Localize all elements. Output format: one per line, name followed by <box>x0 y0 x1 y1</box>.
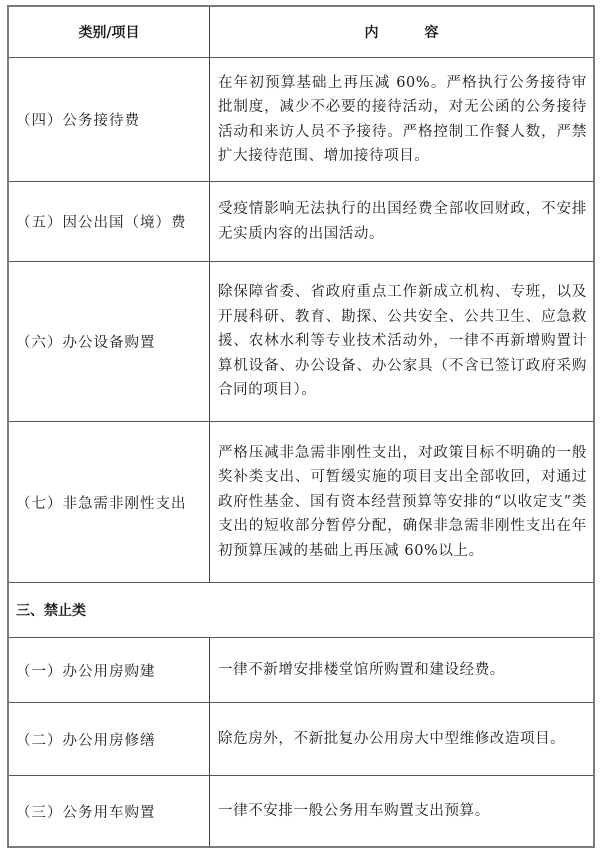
row-content: 严格压减非急需非刚性支出，对政策目标不明确的一般奖补类支出、可暂缓实施的项目支出… <box>218 441 587 564</box>
row-label-cell: （三）公务用车购置 <box>9 776 210 846</box>
row-content-cell: 严格压减非急需非刚性支出，对政策目标不明确的一般奖补类支出、可暂缓实施的项目支出… <box>210 422 593 582</box>
table-row: （三）公务用车购置 一律不安排一般公务用车购置支出预算。 <box>9 776 593 846</box>
table-row: （七）非急需非刚性支出 严格压减非急需非刚性支出，对政策目标不明确的一般奖补类支… <box>9 422 593 583</box>
table-row: （二）办公用房修缮 除危房外，不新批复办公用房大中型维修改造项目。 <box>9 703 593 776</box>
row-label-cell: （六）办公设备购置 <box>9 262 210 421</box>
row-content-cell: 在年初预算基础上再压减 60%。严格执行公务接待审批制度，减少不必要的接待活动，… <box>210 58 593 181</box>
header-content-label: 内容 <box>365 22 485 42</box>
row-content: 在年初预算基础上再压减 60%。严格执行公务接待审批制度，减少不必要的接待活动，… <box>218 71 587 169</box>
row-label-cell: （五）因公出国（境）费 <box>9 182 210 261</box>
table-row: （四）公务接待费 在年初预算基础上再压减 60%。严格执行公务接待审批制度，减少… <box>9 58 593 182</box>
row-label-cell: （七）非急需非刚性支出 <box>9 422 210 582</box>
row-content: 受疫情影响无法执行的出国经费全部收回财政，不安排无实质内容的出国活动。 <box>218 197 587 246</box>
row-content: 一律不安排一般公务用车购置支出预算。 <box>218 799 490 824</box>
row-label: （五）因公出国（境）费 <box>16 211 187 232</box>
row-label: （三）公务用车购置 <box>16 801 156 822</box>
section-header-row: 三、禁止类 <box>9 583 593 638</box>
row-label: （七）非急需非刚性支出 <box>16 492 187 513</box>
row-label: （一）办公用房购建 <box>16 660 156 681</box>
section-title: 三、禁止类 <box>16 600 86 620</box>
table-header-row: 类别/项目 内容 <box>9 7 593 58</box>
header-content-cell: 内容 <box>210 7 593 57</box>
row-label: （四）公务接待费 <box>16 109 140 130</box>
table-row: （一）办公用房购建 一律不新增安排楼堂馆所购置和建设经费。 <box>9 638 593 703</box>
row-label-cell: （一）办公用房购建 <box>9 638 210 702</box>
row-label: （六）办公设备购置 <box>16 331 156 352</box>
row-content: 除保障省委、省政府重点工作新成立机构、专班，以及开展科研、教育、勘探、公共安全、… <box>218 280 587 403</box>
row-content-cell: 一律不新增安排楼堂馆所购置和建设经费。 <box>210 638 593 702</box>
row-label-cell: （二）办公用房修缮 <box>9 703 210 775</box>
row-content-cell: 受疫情影响无法执行的出国经费全部收回财政，不安排无实质内容的出国活动。 <box>210 182 593 261</box>
table-row: （五）因公出国（境）费 受疫情影响无法执行的出国经费全部收回财政，不安排无实质内… <box>9 182 593 262</box>
header-category-label: 类别/项目 <box>78 22 139 42</box>
table-row: （六）办公设备购置 除保障省委、省政府重点工作新成立机构、专班，以及开展科研、教… <box>9 262 593 422</box>
row-label: （二）办公用房修缮 <box>16 729 156 750</box>
row-content: 一律不新增安排楼堂馆所购置和建设经费。 <box>218 658 505 683</box>
row-content-cell: 除保障省委、省政府重点工作新成立机构、专班，以及开展科研、教育、勘探、公共安全、… <box>210 262 593 421</box>
expenditure-policy-table: 类别/项目 内容 （四）公务接待费 在年初预算基础上再压减 60%。严格执行公务… <box>7 5 595 848</box>
row-content-cell: 除危房外，不新批复办公用房大中型维修改造项目。 <box>210 703 593 775</box>
row-label-cell: （四）公务接待费 <box>9 58 210 181</box>
row-content-cell: 一律不安排一般公务用车购置支出预算。 <box>210 776 593 846</box>
header-category-cell: 类别/项目 <box>9 7 210 57</box>
row-content: 除危房外，不新批复办公用房大中型维修改造项目。 <box>218 727 565 752</box>
